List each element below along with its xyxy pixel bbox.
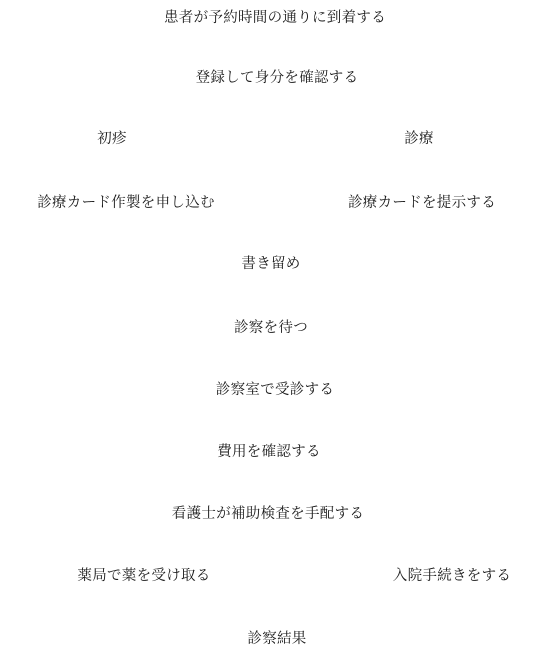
flow-node-exam-result: 診察結果: [247, 631, 306, 648]
flow-node-register-verify-identity: 登録して身分を確認する: [196, 70, 359, 87]
flow-node-apply-medical-card: 診療カード作製を申し込む: [37, 195, 215, 212]
flow-node-first-visit: 初疹: [97, 131, 127, 148]
flow-node-registration-note: 書き留め: [241, 256, 300, 273]
flow-node-return-visit: 診療: [404, 131, 434, 148]
flow-node-arrive-on-time: 患者が予約時間の通りに到着する: [164, 10, 386, 27]
flow-node-confirm-cost: 費用を確認する: [217, 444, 321, 461]
flow-node-present-medical-card: 診療カードを提示する: [348, 195, 496, 212]
flow-node-exam-in-room: 診察室で受診する: [216, 382, 334, 399]
flowchart-canvas: 患者が予約時間の通りに到着する 登録して身分を確認する 初疹 診療 診療カード作…: [0, 0, 550, 660]
flow-node-receive-medicine-pharmacy: 薬局で薬を受け取る: [77, 568, 210, 585]
flow-node-hospitalization-procedure: 入院手続きをする: [393, 568, 511, 585]
flow-node-nurse-arranges-tests: 看護士が補助検査を手配する: [172, 506, 364, 523]
flow-node-wait-for-exam: 診察を待つ: [234, 320, 308, 337]
